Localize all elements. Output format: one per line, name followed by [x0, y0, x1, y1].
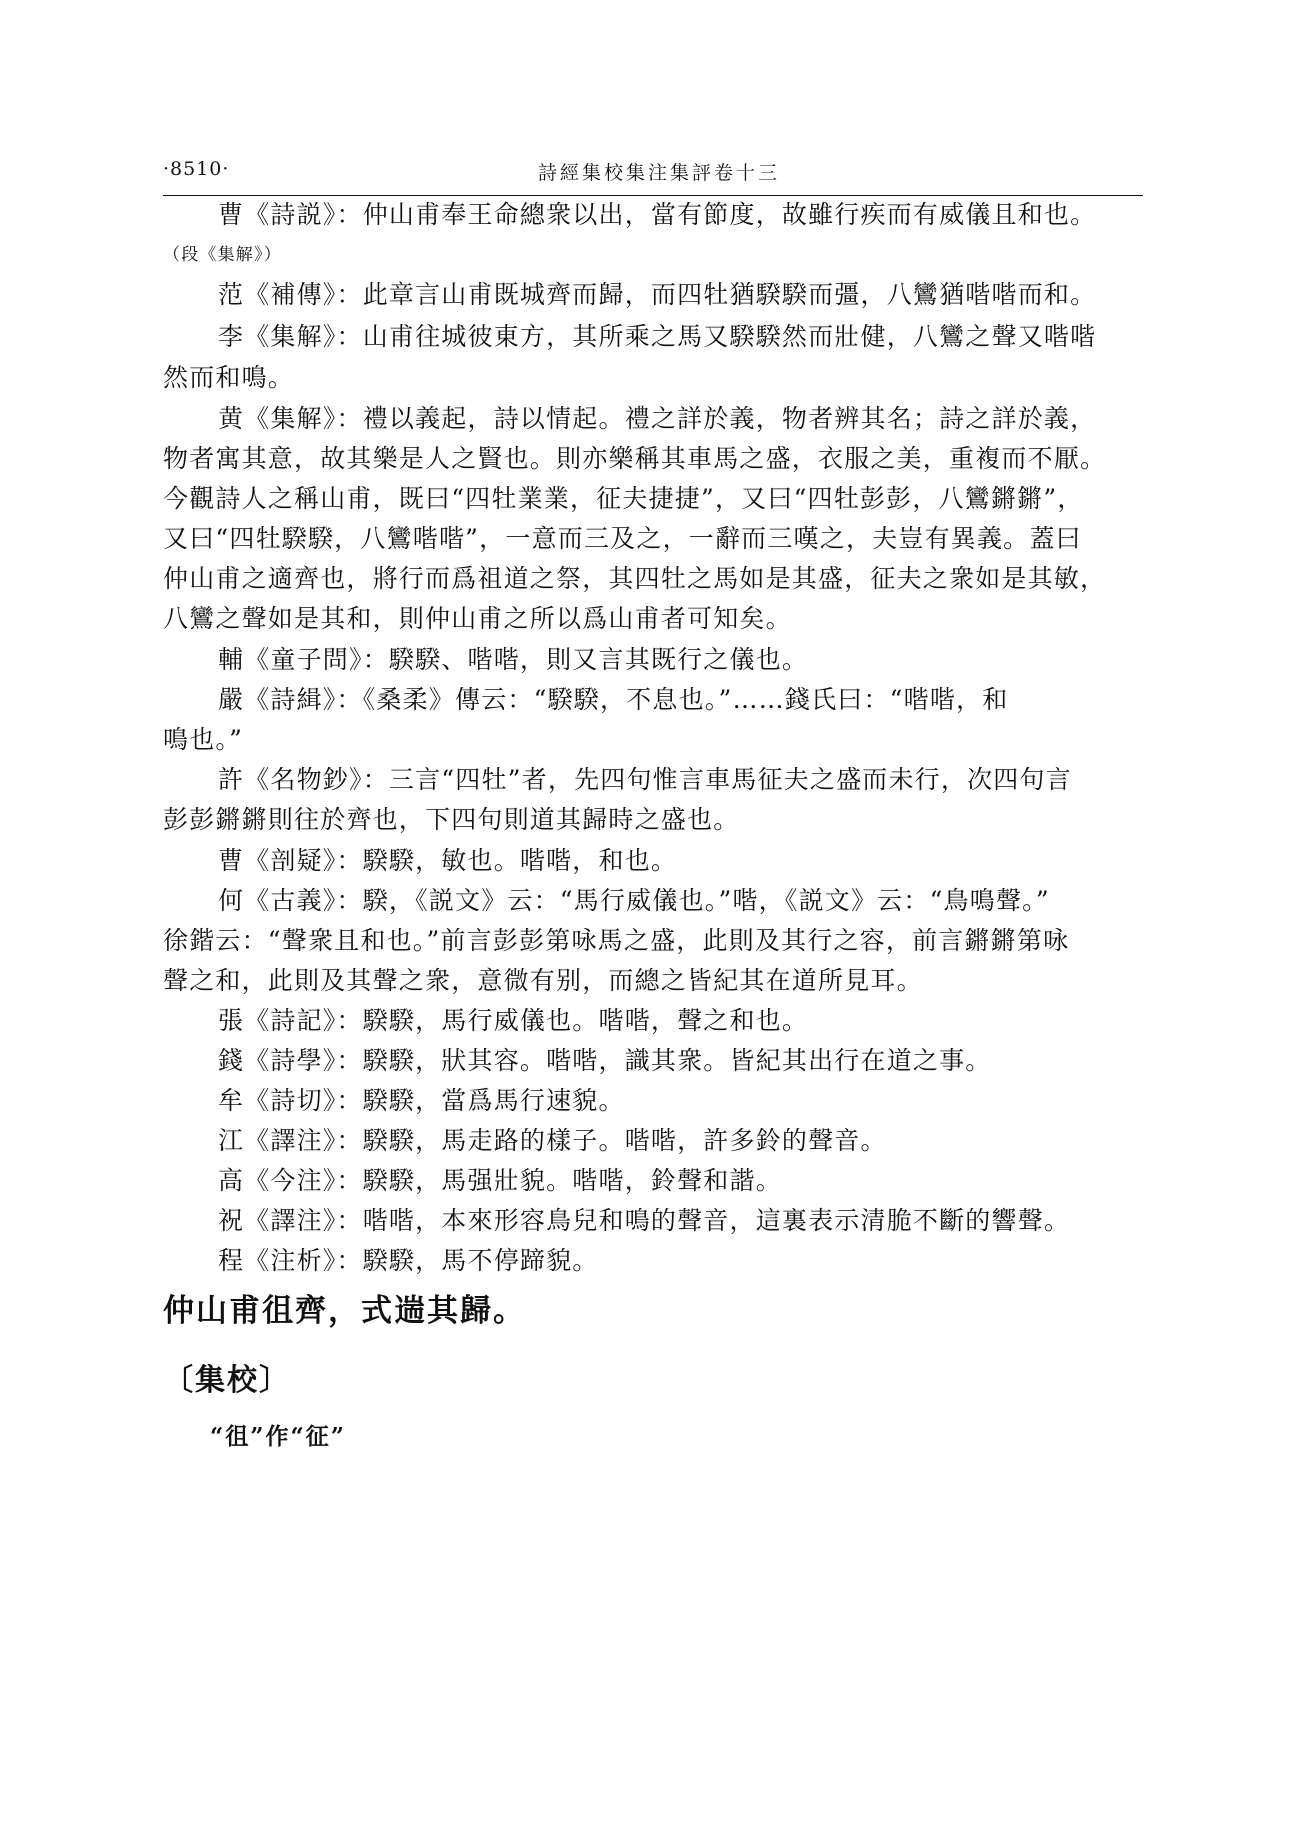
commentary-line: 仲山甫之適齊也，將行而爲祖道之祭，其四牡之馬如是其盛，征夫之衆如是其敏， — [163, 564, 1106, 594]
page-number: ·8510· — [163, 158, 229, 180]
commentary-line: 今觀詩人之稱山甫，既曰“四牡業業，征夫捷捷”，又曰“四牡彭彭，八鸞鏘鏘”， — [163, 484, 1084, 514]
commentary-source-note: （段《集解》） — [163, 244, 282, 266]
commentary-line: 何《古義》：騤，《説文》云：“馬行威儀也。”喈，《説文》云：“鳥鳴聲。” — [218, 886, 1050, 916]
commentary-line: 彭彭鏘鏘則往於齊也，下四句則道其歸時之盛也。 — [163, 805, 739, 835]
commentary-line: 江《譯注》：騤騤，馬走路的樣子。喈喈，許多鈴的聲音。 — [218, 1126, 887, 1156]
commentary-line: 黄《集解》：禮以義起，詩以情起。禮之詳於義，物者辨其名；詩之詳於義， — [218, 404, 1096, 434]
commentary-line: 嚴《詩緝》：《桑柔》傳云：“騤騤，不息也。”……錢氏曰：“喈喈，和 — [218, 685, 1008, 715]
commentary-line: 聲之和，此則及其聲之衆，意微有别，而總之皆紀其在道所見耳。 — [163, 966, 923, 996]
collation-heading: 〔集校〕 — [163, 1355, 291, 1399]
commentary-line: 許《名物鈔》：三言“四牡”者，先四句惟言車馬征夫之盛而未行，次四句言 — [218, 765, 1072, 795]
commentary-line: 輔《童子問》：騤騤、喈喈，則又言其既行之儀也。 — [218, 645, 808, 675]
book-page: ·8510· 詩經集校集注集評卷十三 曹《詩説》：仲山甫奉王命總衆以出，當有節度… — [0, 0, 1300, 1827]
commentary-line: 物者寓其意，故其樂是人之賢也。則亦樂稱其車馬之盛，衣服之美，重複而不厭。 — [163, 444, 1106, 474]
commentary-line: 程《注析》：騤騤，馬不停蹄貌。 — [218, 1246, 599, 1276]
commentary-line: 曹《詩説》：仲山甫奉王命總衆以出，當有節度，故雖行疾而有威儀且和也。 — [218, 200, 1096, 230]
commentary-line: 曹《剖疑》：騤騤，敏也。喈喈，和也。 — [218, 846, 677, 876]
commentary-line: 然而和鳴。 — [163, 363, 294, 393]
commentary-line: 李《集解》：山甫往城彼東方，其所乘之馬又騤騤然而壯健，八鸞之聲又喈喈 — [218, 322, 1096, 352]
header-rule — [163, 195, 1143, 196]
commentary-line: 錢《詩學》：騤騤，狀其容。喈喈，識其衆。皆紀其出行在道之事。 — [218, 1046, 992, 1076]
page-header: ·8510· 詩經集校集注集評卷十三 — [163, 158, 1143, 188]
commentary-line: 又曰“四牡騤騤，八鸞喈喈”，一意而三及之，一辭而三嘆之，夫豈有異義。蓋曰 — [163, 524, 1082, 554]
commentary-line: 牟《詩切》：騤騤，當爲馬行速貌。 — [218, 1086, 625, 1116]
verse-line: 仲山甫徂齊，式遄其歸。 — [163, 1285, 526, 1330]
collation-note: “徂”作“征” — [210, 1418, 346, 1451]
commentary-line: 祝《譯注》：喈喈，本來形容鳥兒和鳴的聲音，這裏表示清脆不斷的響聲。 — [218, 1206, 1070, 1236]
commentary-line: 范《補傳》：此章言山甫既城齊而歸，而四牡猶騤騤而彊，八鸞猶喈喈而和。 — [218, 280, 1096, 310]
commentary-line: 高《今注》：騤騤，馬强壯貌。喈喈，鈴聲和諧。 — [218, 1166, 782, 1196]
commentary-line: 張《詩記》：騤騤，馬行威儀也。喈喈，聲之和也。 — [218, 1006, 808, 1036]
commentary-line: 八鸞之聲如是其和，則仲山甫之所以爲山甫者可知矣。 — [163, 604, 792, 634]
commentary-line: 鳴也。” — [163, 725, 243, 755]
commentary-line: 徐鍇云：“聲衆且和也。”前言彭彭第咏馬之盛，此則及其行之容，前言鏘鏘第咏 — [163, 926, 1069, 956]
running-title: 詩經集校集注集評卷十三 — [538, 158, 780, 185]
